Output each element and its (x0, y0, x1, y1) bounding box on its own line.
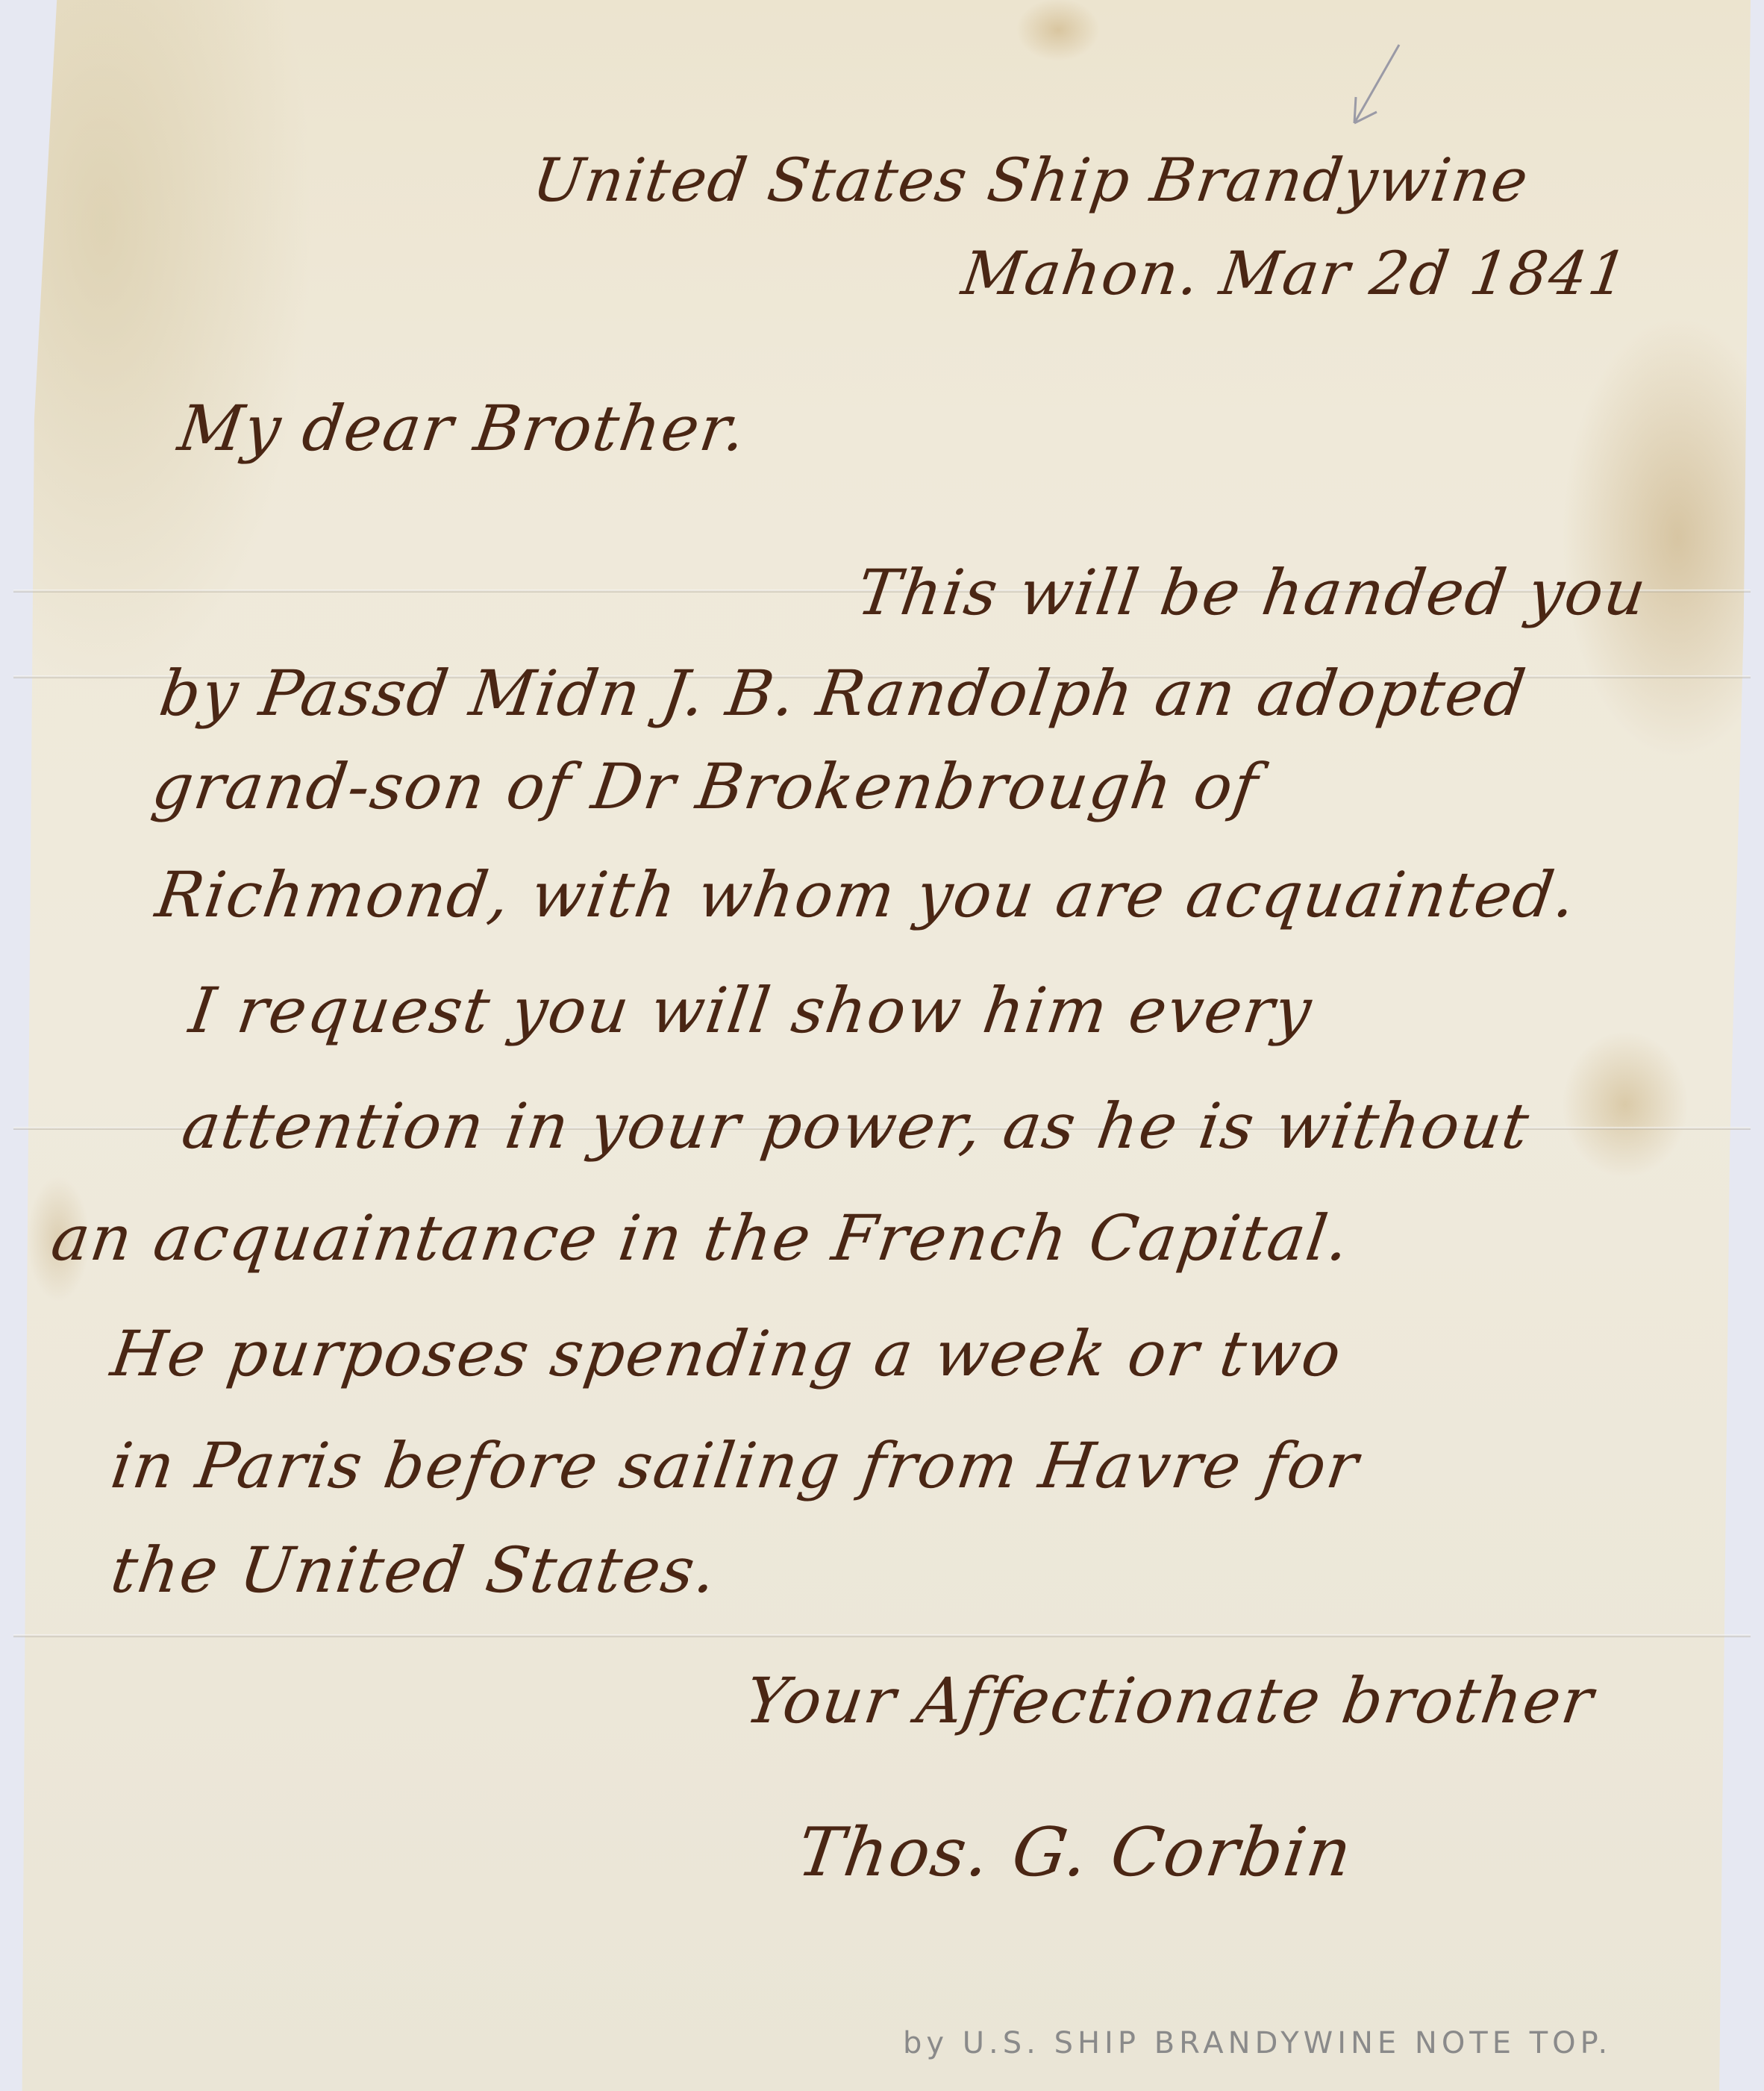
body-line: the United States. (107, 1534, 722, 1607)
body-line: by Passd Midn J. B. Randolph an adopted (155, 657, 1531, 730)
body-line: grand-son of Dr Brokenbrough of (148, 750, 1263, 823)
salutation: My dear Brother. (174, 392, 751, 465)
body-line: attention in your power, as he is withou… (178, 1090, 1534, 1163)
body-line: in Paris before sailing from Havre for (107, 1429, 1364, 1502)
signature: Thos. G. Corbin (793, 1813, 1358, 1892)
pencil-arrow-icon (1339, 41, 1407, 131)
header-date: Mahon. Mar 2d 1841 (957, 239, 1633, 308)
body-line: I request you will show him every (185, 974, 1317, 1047)
body-line: Richmond, with whom you are acquainted. (151, 858, 1581, 931)
header-place: United States Ship Brandywine (528, 146, 1533, 215)
body-line: This will be handed you (853, 556, 1651, 629)
body-line: an acquaintance in the French Capital. (47, 1201, 1355, 1275)
pencil-annotation: by U.S. SHIP BRANDYWINE NOTE TOP. (903, 2026, 1612, 2060)
closing: Your Affectionate brother (741, 1664, 1598, 1737)
body-line: He purposes spending a week or two (107, 1317, 1347, 1390)
paper-fold (13, 1634, 1751, 1637)
